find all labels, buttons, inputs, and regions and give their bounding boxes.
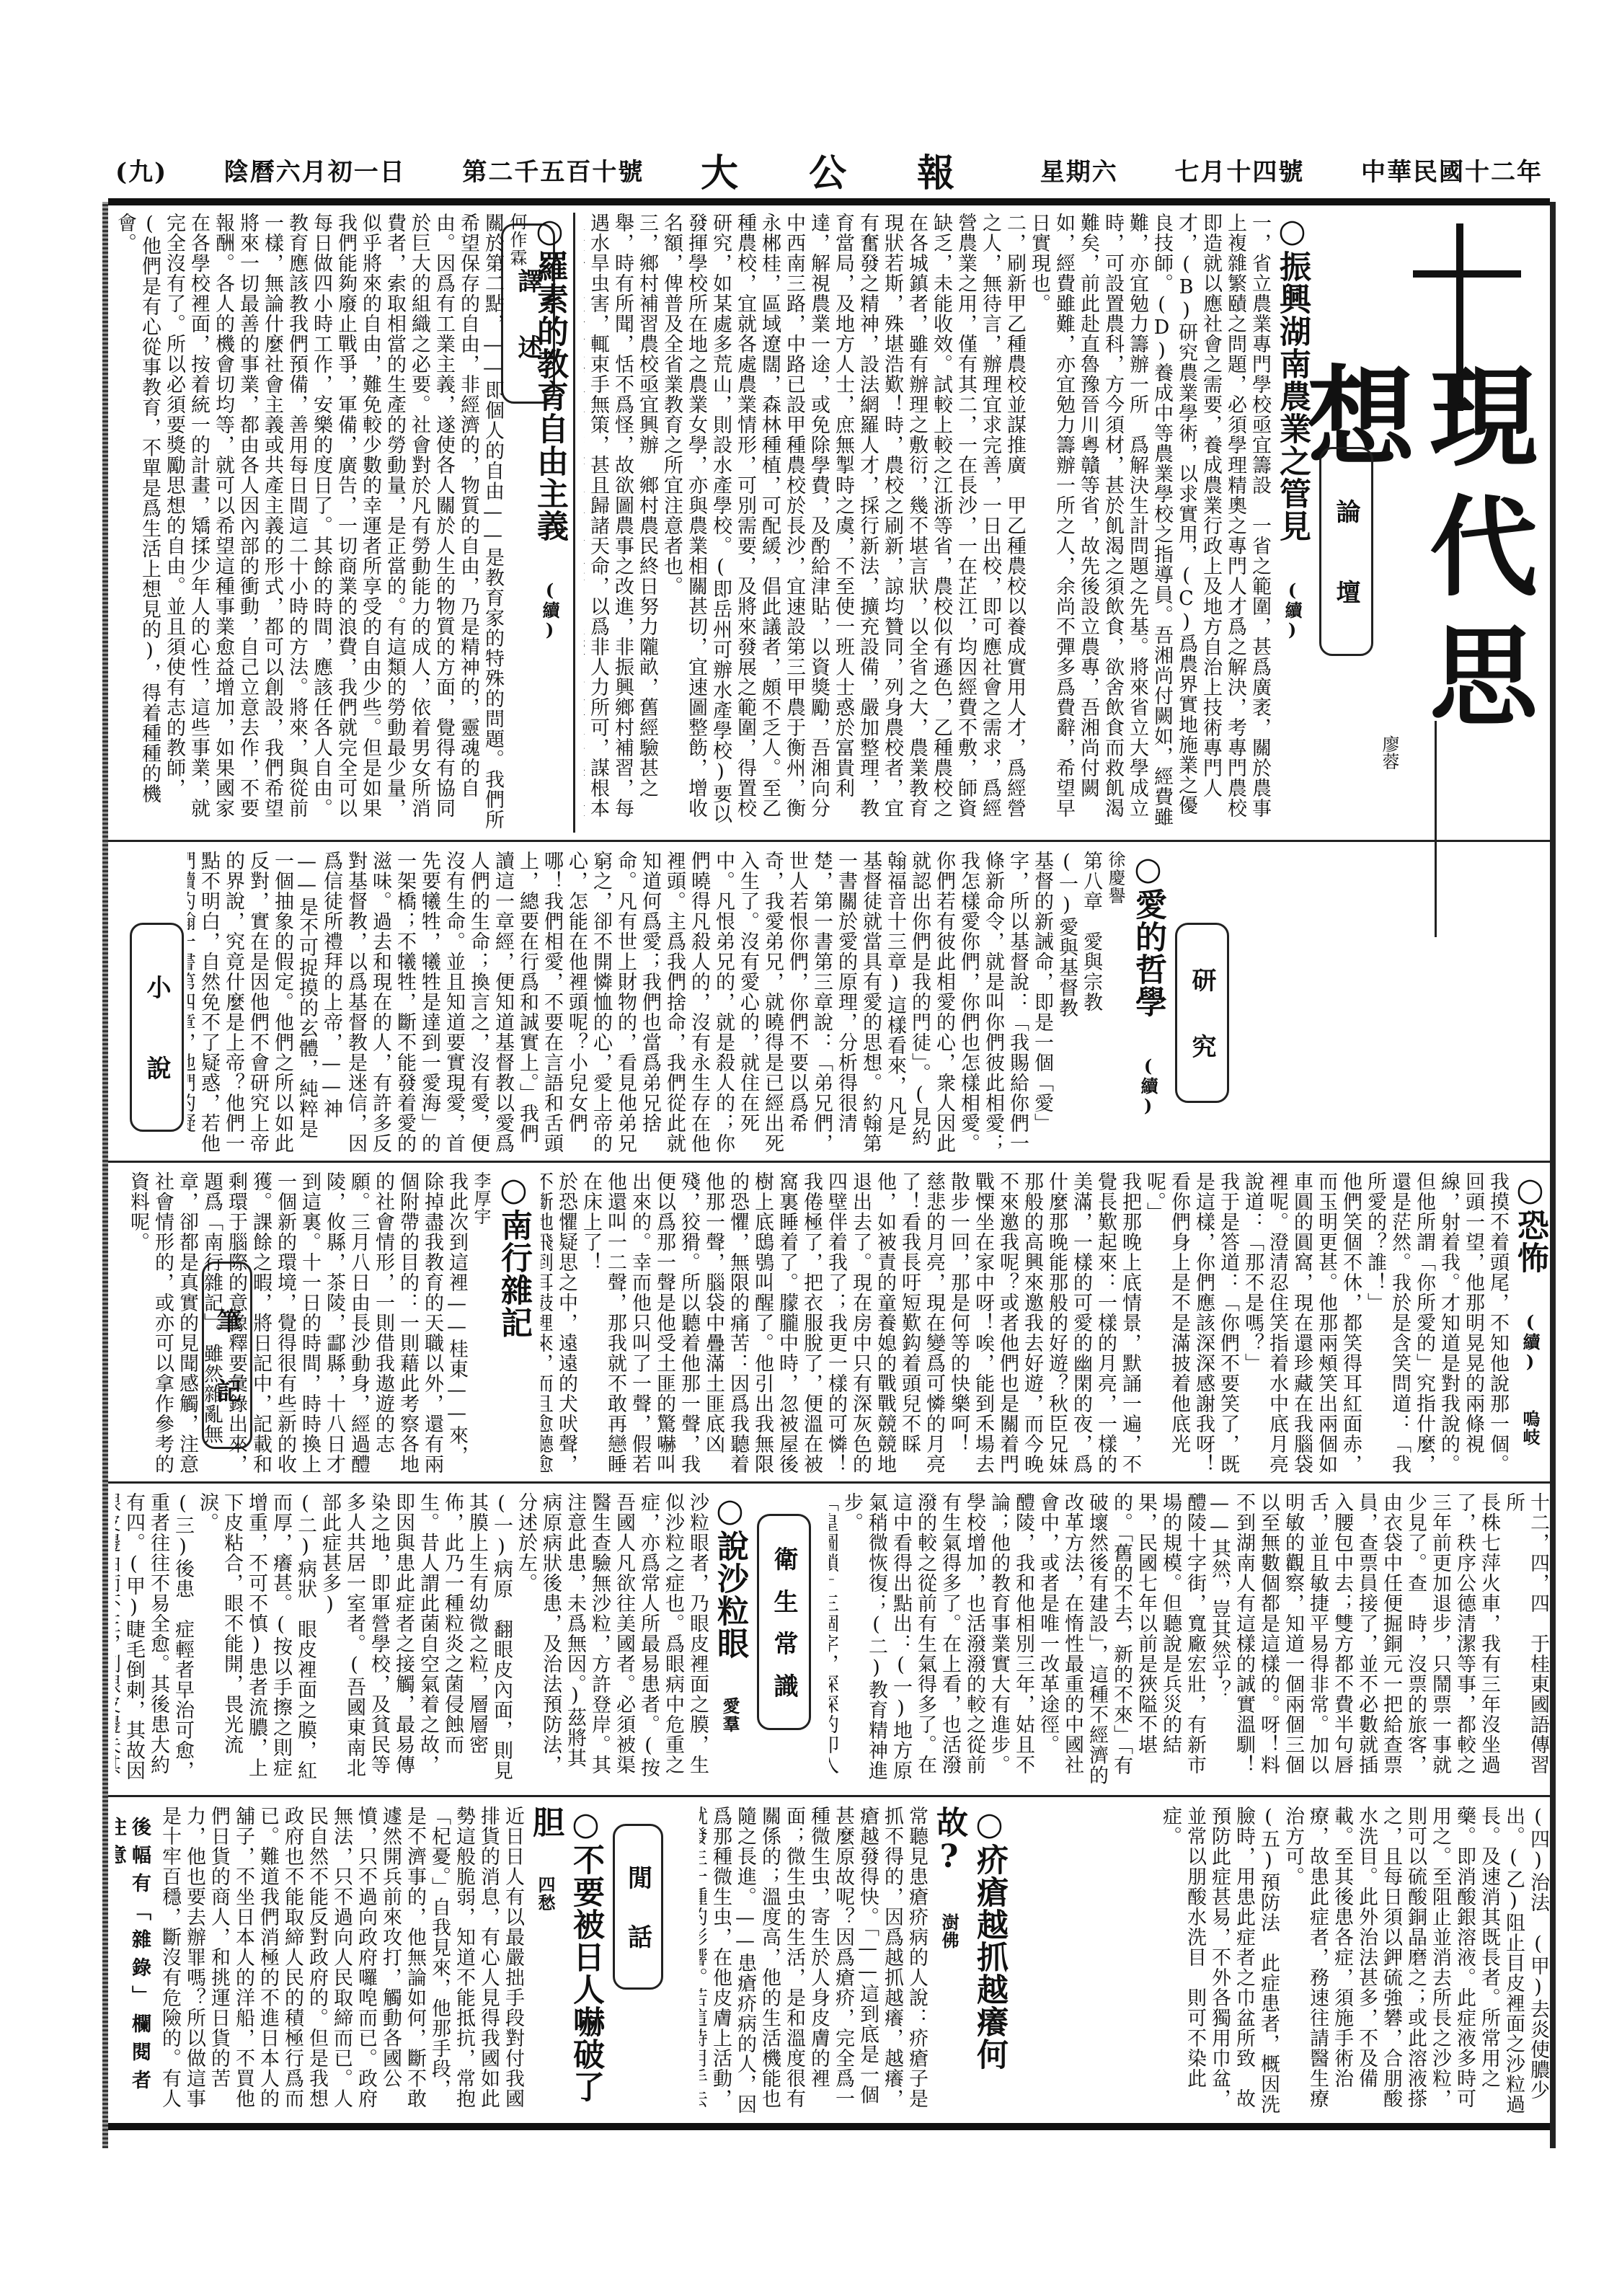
band-divider	[108, 1481, 1550, 1484]
page-frame-right	[1550, 202, 1556, 2148]
continued-note: (續)	[1138, 1055, 1158, 1117]
article-southern-journey-head: ○南行雜記 李厚宇 我此次到這裡——桂東——來，除掉盡我教育的天職以外，還有兩個…	[115, 1171, 533, 1474]
article-title: ○恐怖 (續) 嗚岐	[1510, 1171, 1550, 1474]
article-paragraph: 我倦極了，把衣服脫了，便溫在被窩裏睡着了。朦朧中時，忽被屋後樹上底鴟鴞叫醒了。他…	[578, 1171, 823, 1474]
section-label-chat: 閒 話	[613, 1824, 663, 1990]
article-title: ○振興湖南農業之管見 (續)	[1272, 213, 1312, 833]
article-paragraph: 於恐懼疑思之中，遠遠的犬吠聲，不斷地飛到耳鼓裡來，而且愈聽愈近呢！我想：「這一定…	[541, 1171, 578, 1474]
section-label-research: 研 究	[1175, 923, 1229, 1103]
article-paragraph: 他們笑個不休，都笑得耳紅面赤，而玉明更甚。他那兩頰笑出兩個如車圓的圓窩，現在還珍…	[1240, 1171, 1362, 1474]
header-issue-number: 第二千五百十號	[462, 152, 644, 187]
continued-note: (續)	[1282, 580, 1303, 641]
header-rule	[108, 198, 1550, 205]
article-russell: ○羅素的教育自由主義 (續) 何作霖 關於第二點，——即個人的自由——是教育家的…	[115, 213, 570, 833]
article-paragraph: 常聽見患瘡疥病的人說：疥瘡子是抓不得的，因爲越抓越癢，越癢，瘡越發得快。「——這…	[699, 1806, 929, 2116]
masthead-editor: 廖蓉	[1377, 735, 1402, 822]
section-label-hygiene: 衛 生 常 識	[757, 1514, 811, 1730]
article-title: ○南行雜記	[493, 1171, 533, 1474]
article-southern-journey-cont: 十二，四，四 于桂東國語傳習所 長株七萍火車，我有三年沒坐過了，秩序公德清潔等事…	[829, 1492, 1550, 1788]
article-author: 李厚宇	[469, 1171, 493, 1474]
article-trachoma-cont: (四)治法 (甲)去炎使膿少出。(乙)阻止目皮裡面之沙粒過長。及速消其既長者。所…	[1016, 1806, 1550, 2116]
article-paragraph: 我摸不着頭尾，不知他說那一個。回頭一望，他那明晃晃的兩條視線，射着我。才知道是對…	[1362, 1171, 1510, 1474]
article-paragraph: (四)治法 (甲)去炎使膿少出。(乙)阻止目皮裡面之沙粒過長。及速消其既長者。所…	[1280, 1806, 1550, 2116]
title-text: ○恐怖	[1512, 1171, 1548, 1274]
article-agriculture: ○振興湖南農業之管見 (續) 一，省立農業專門學校亟宜籌設 一省之範圍，甚爲廣袤…	[584, 213, 1312, 833]
article-scabies: ○疥瘡越抓越癢何故? 澍佛 常聽見患瘡疥病的人說：疥瘡子是抓不得的，因爲越抓越癢…	[699, 1806, 1009, 2116]
article-author: 何作霖	[505, 213, 529, 833]
newspaper-name: 大 公 報	[701, 143, 983, 197]
newspaper-header: 中華民國十二年 七月十四號 星期六 大 公 報 第二千五百十號 陰曆六月初一日 …	[108, 144, 1550, 195]
article-paragraph: 我此次到這裡——桂東——來，除掉盡我教育的天職以外，還有兩個附帶的目的：一則藉此…	[125, 1171, 469, 1474]
section-label-char: 話	[621, 1924, 656, 1949]
band-divider	[108, 1795, 1550, 1797]
article-paragraph: 醴陵十字街，寬廠宏壯，有新市場的規模。但聽說是兵災的結果，民國七年以前是狹隘不堪…	[1035, 1492, 1207, 1788]
section-label-char: 說	[139, 1055, 174, 1080]
article-paragraph: 基督的新誡命，即是一個「愛」字，所以基督說：「我賜給你們一條新命令，就是叫你們彼…	[187, 851, 1054, 1153]
article-terror: ○恐怖 (續) 嗚岐 我摸不着頭尾，不知他說那一個。回頭一望，他那明晃晃的兩條視…	[541, 1171, 1550, 1474]
band-divider	[108, 1161, 1550, 1163]
article-author: 愛羣	[719, 1697, 740, 1733]
article-paragraph: 醴陵，我和他相別三年，姑且不論；他的教育事業實大有進步。學校增加，也活潑潑的較之…	[839, 1492, 1035, 1788]
masthead-title: 現代思想	[1406, 360, 1535, 793]
article-paragraph: 三，鄉村補習農校亟宜興辦 鄉村農民終日努力隴畝，舊經驗甚之舉，時有所聞，恬不爲怪…	[584, 213, 659, 833]
header-weekday: 星期六	[1040, 152, 1118, 187]
article-paragraph: (三)後患 症輕者早治可愈，重者往往不易全愈。其後患大約有四。(甲)睫毛倒刺，其…	[115, 1492, 195, 1788]
article-paragraph: 一，省立農業專門學校亟宜籌設 一省之範圍，甚爲廣袤，關於農事上複雜繁賾之問題，必…	[1027, 213, 1272, 833]
article-author: 嗚岐	[1520, 1410, 1541, 1446]
article-author: 徐慶譽	[1103, 851, 1127, 1153]
notice-miscellany: 後幅有「雜錄」欄閱者注意	[115, 1817, 151, 2105]
title-text: ○愛的哲學	[1130, 851, 1166, 1018]
title-text: ○說沙粒眼	[712, 1492, 748, 1659]
article-title: ○愛的哲學 (續)	[1127, 851, 1168, 1153]
masthead-ornament-h	[1413, 270, 1521, 278]
article-paragraph: 十二，四，四 于桂東國語傳習所	[1501, 1492, 1550, 1788]
article-paragraph: 二，刷新甲乙種農校並謀推廣 甲乙種農校以養成實用人才，爲經營之人，無待言，辦理宜…	[659, 213, 1027, 833]
article-paragraph: (一)病原 翻眼皮內面，則見其膜上生有幼微之粒，層層密佈，此乃一種粒炎之菌侵蝕而…	[317, 1492, 513, 1788]
article-title: ○不要被日人嚇破了胆 四愁	[525, 1806, 606, 2116]
title-text: ○羅素的教育自由主義	[531, 213, 568, 542]
article-paragraph: 教育應該教我們預備，善用每日間這二十小時的方法。將來，與從前一樣，無論什麼社會主…	[115, 213, 309, 833]
article-subsection: (一)愛與基督教	[1054, 851, 1078, 1153]
article-paragraph: 慈悲的月亮，現在變爲可憐的月亮了！看我長吁短歎鈎着頭兒不睬他，如被責的童養媳的戰…	[823, 1171, 946, 1474]
article-paragraph: 我于是答道：「你們不要笑了，既是這樣，你們應該深深感謝我呀！看你們身上是不是滿披…	[1142, 1171, 1240, 1474]
section-label-char: 究	[1184, 1034, 1220, 1058]
article-paragraph: 我把那晚上底情景，默誦一遍，不覺長歎起來：一樣的月亮，一樣的美滿，一樣的可愛的幽…	[946, 1171, 1142, 1474]
band-divider	[108, 840, 1550, 842]
article-trachoma: ○說沙粒眼 愛羣 沙粒眼者，乃眼皮裡面之膜，生似沙粒之症也。爲眼病中危重之症，亦…	[115, 1492, 750, 1788]
article-paragraph: (五)預防法 此症患者，概因洗臉時，用患此症者之巾盆所致 故預防此症甚易，不外各…	[1158, 1806, 1280, 2116]
title-text: ○不要被日人嚇破了胆	[527, 1806, 604, 2103]
continued-note: (續)	[1520, 1311, 1541, 1373]
article-paragraph: 近日日人有以最嚴拙手段對付我國排貨的消息，有心人見得我國如此勢這般脆弱，知道不能…	[159, 1806, 525, 2116]
section-label-char: 壇	[1329, 580, 1364, 604]
header-month-day: 七月十四號	[1174, 152, 1304, 187]
article-paragraph: 關於第二點，——即個人的自由——是教育家的特殊的問題。我們所希望保存的自由，非經…	[309, 213, 505, 833]
continued-note: (續)	[539, 580, 560, 641]
article-philosophy-of-love: ○愛的哲學 (續) 徐慶譽 第八章 愛與宗教 (一)愛與基督教 基督的新誡命，即…	[187, 851, 1168, 1153]
section-label-char: 衛	[766, 1546, 802, 1571]
article-paragraph: 沙粒眼者，乃眼皮裡面之膜，生似沙粒之症也。爲眼病中危重之症，亦爲常人所最易患者。…	[513, 1492, 709, 1788]
section-label-char: 識	[766, 1673, 802, 1698]
section-label-char: 小	[139, 975, 174, 999]
article-title: ○疥瘡越抓越癢何故? 澍佛	[929, 1806, 1009, 2116]
section-label-char: 研	[1184, 967, 1220, 992]
masthead-rule	[1435, 721, 1437, 937]
article-title: ○說沙粒眼 愛羣	[709, 1492, 750, 1788]
column-divider	[573, 213, 575, 833]
article-author: 四愁	[535, 1876, 556, 1912]
page-frame-left	[102, 202, 108, 2148]
header-page-number: (九)	[115, 152, 167, 187]
section-label-char: 閒	[621, 1865, 656, 1889]
section-label-forum: 論 壇	[1319, 447, 1373, 656]
title-text: ○振興湖南農業之管見	[1274, 213, 1311, 542]
footer-rule	[108, 2123, 1550, 2130]
header-lunar-date: 陰曆六月初一日	[224, 152, 406, 187]
header-date-republic: 中華民國十二年	[1361, 152, 1543, 187]
article-chapter: 第八章 愛與宗教	[1078, 851, 1103, 1153]
article-paragraph: 長株七萍火車，我有三年沒坐過了，秩序公德清潔等事，都較之三年前更加退步，只鬧票一…	[1207, 1492, 1501, 1788]
article-paragraph: (二)病狀 眼皮裡面之膜，紅而厚，癢甚。(按以手擦之則症增重，不可不慎)患者流膿…	[195, 1492, 317, 1788]
newspaper-page: 中華民國十二年 七月十四號 星期六 大 公 報 第二千五百十號 陰曆六月初一日 …	[108, 144, 1550, 2148]
article-japan: ○不要被日人嚇破了胆 四愁 近日日人有以最嚴拙手段對付我國排貨的消息，有心人見得…	[159, 1806, 606, 2116]
section-label-fiction: 小 說	[130, 923, 184, 1132]
section-label-char: 論	[1329, 499, 1364, 523]
section-label-char: 常	[766, 1631, 802, 1655]
section-label-char: 生	[766, 1589, 802, 1613]
article-author: 澍佛	[939, 1913, 960, 1949]
article-paragraph: 「皇圖鎖」三個字，深深的印入我的腦筋中，已經有幾年了——從民國七年上期起。此地是…	[829, 1492, 839, 1788]
article-title: ○羅素的教育自由主義 (續)	[529, 213, 570, 833]
